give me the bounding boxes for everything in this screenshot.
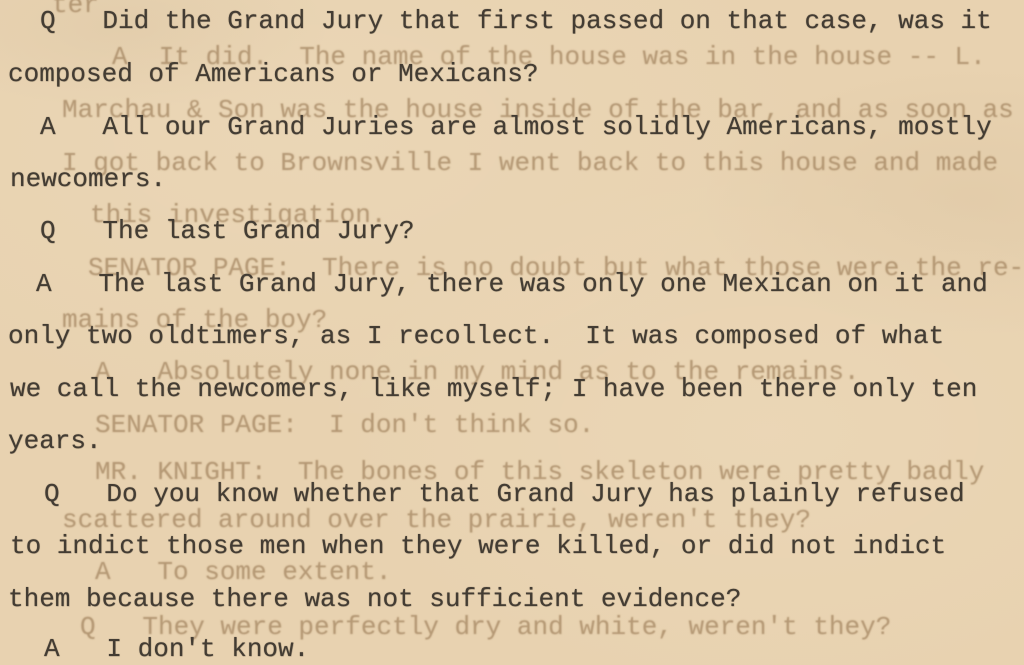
typed-line: A All our Grand Juries are almost solidl… (40, 114, 992, 140)
typed-line: we call the newcomers, like myself; I ha… (10, 376, 977, 402)
typed-line: composed of Americans or Mexicans? (8, 61, 539, 87)
typed-line: only two oldtimers, as I recollect. It w… (8, 323, 944, 349)
typed-line: Q Do you know whether that Grand Jury ha… (44, 481, 965, 507)
typed-line: newcomers. (10, 166, 166, 192)
typed-text-layer: Q Did the Grand Jury that first passed o… (0, 0, 1024, 665)
typed-line: A I don't know. (44, 636, 309, 662)
document-page: terA It did. The name of the house was i… (0, 0, 1024, 665)
typed-line: A The last Grand Jury, there was only on… (36, 271, 988, 297)
typed-line: Q Did the Grand Jury that first passed o… (40, 8, 992, 34)
typed-line: to indict those men when they were kille… (10, 533, 946, 559)
typed-line: Q The last Grand Jury? (40, 218, 414, 244)
typed-line: years. (8, 428, 102, 454)
typed-line: them because there was not sufficient ev… (8, 586, 741, 612)
